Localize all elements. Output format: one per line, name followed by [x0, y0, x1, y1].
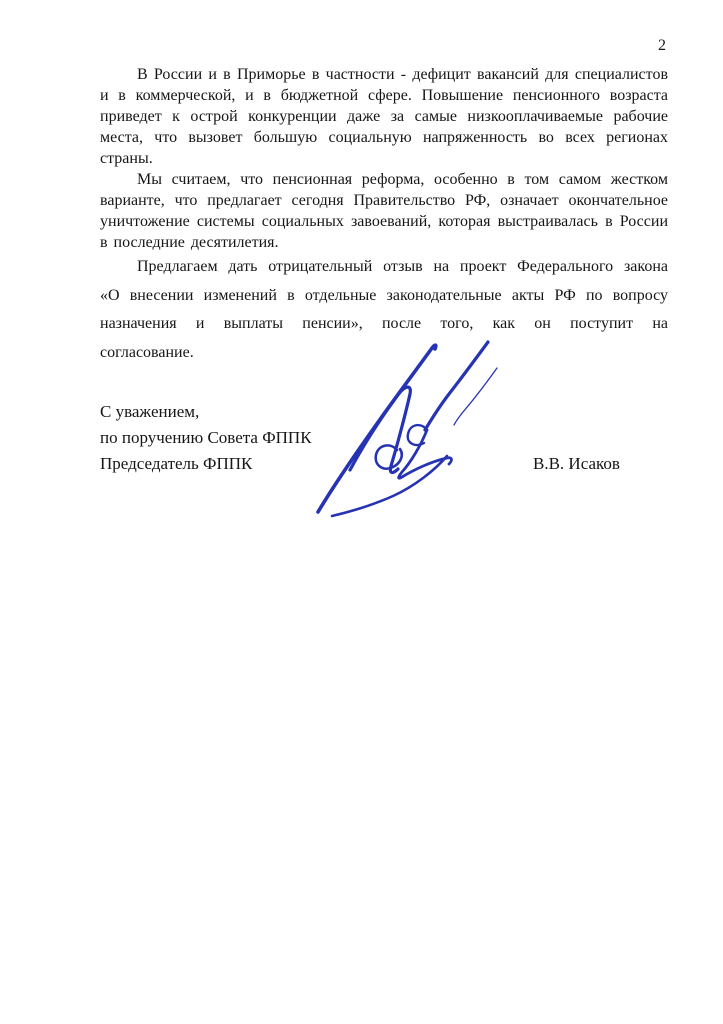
- signer-name: В.В. Исаков: [533, 454, 620, 473]
- paragraph-vacancies: В России и в Приморье в частности - дефи…: [100, 64, 668, 169]
- letter-body: В России и в Приморье в частности - дефи…: [100, 64, 668, 477]
- page-number: 2: [658, 36, 666, 56]
- closing-regards: С уважением,: [100, 399, 668, 425]
- signer-title: Председатель ФППК: [100, 451, 533, 477]
- document-page: 2 В России и в Приморье в частности - де…: [0, 0, 723, 1024]
- closing-on-behalf: по поручению Совета ФППК: [100, 425, 668, 451]
- closing-block: С уважением, по поручению Совета ФППК Пр…: [100, 399, 668, 477]
- paragraph-proposal: Предлагаем дать отрицательный отзыв на п…: [100, 253, 668, 367]
- signature-row: Председатель ФППКВ.В. Исаков: [100, 451, 668, 477]
- paragraph-opinion: Мы считаем, что пенсионная реформа, особ…: [100, 169, 668, 253]
